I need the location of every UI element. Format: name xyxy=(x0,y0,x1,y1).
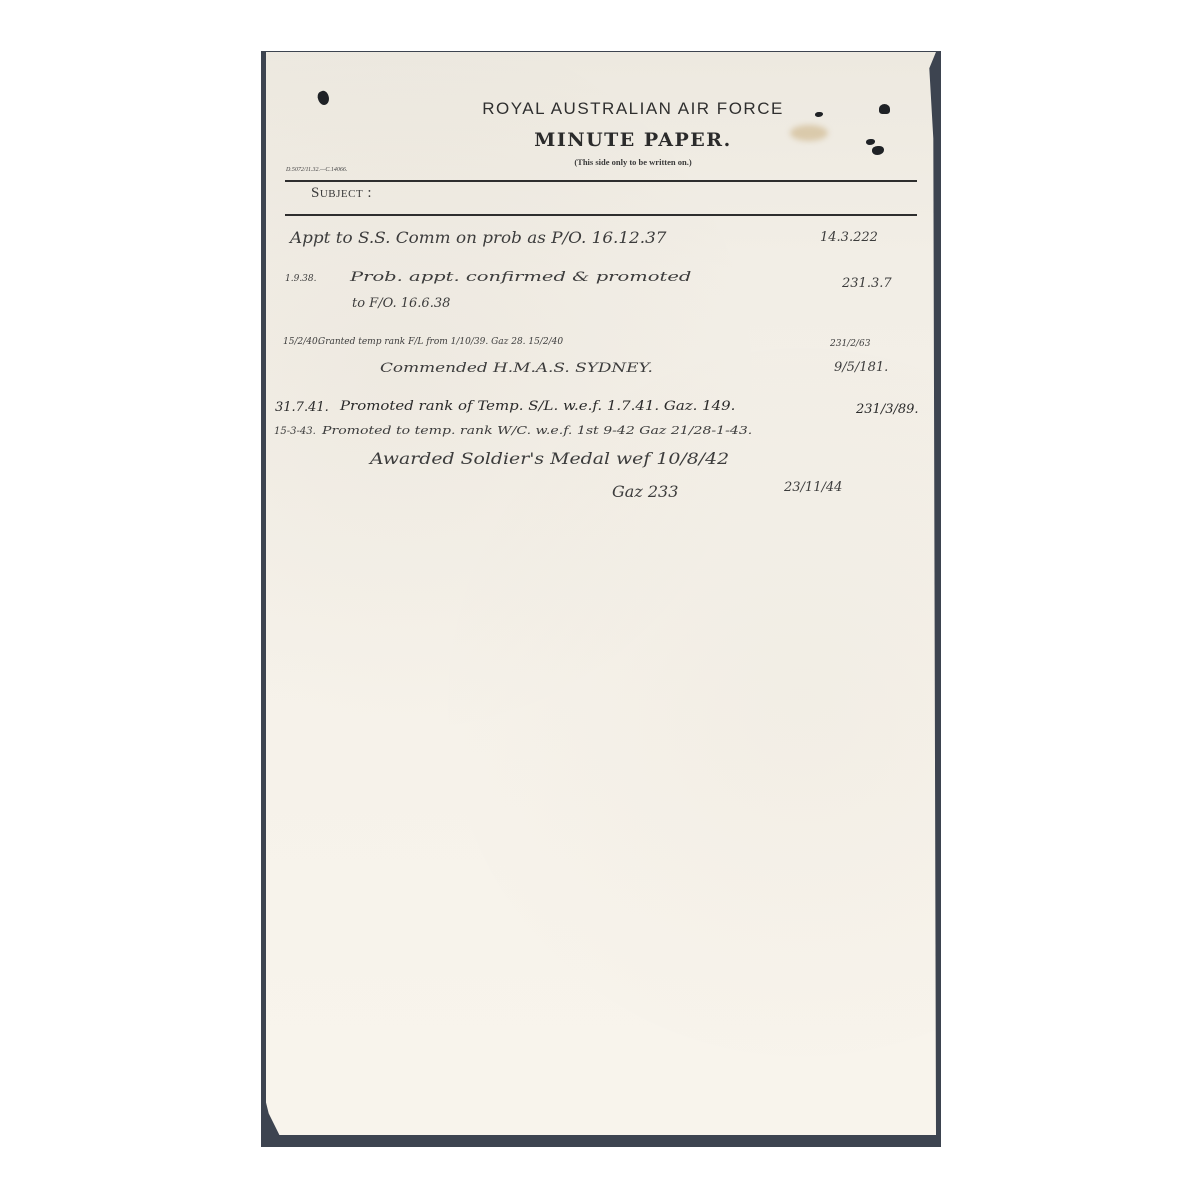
entry-ref: 231/3/89. xyxy=(856,402,919,417)
entry-date: 31.7.41. xyxy=(275,400,329,415)
header-rule xyxy=(285,180,917,182)
entry-ref: 231/2/63 xyxy=(830,339,870,349)
document-title: MINUTE PAPER. xyxy=(0,129,1200,151)
entry-text: Promoted to temp. rank W/C. w.e.f. 1st 9… xyxy=(322,424,752,437)
entry-text: to F/O. 16.6.38 xyxy=(352,296,450,311)
instruction-note: (This side only to be written on.) xyxy=(0,157,1200,167)
entry-text: Prob. appt. confirmed & promoted xyxy=(350,270,691,285)
entry-text: Awarded Soldier's Medal wef 10/8/42 xyxy=(370,449,729,468)
entry-ref: 9/5/181. xyxy=(834,360,888,375)
entry-date: 15/2/40. xyxy=(283,337,321,347)
form-code: D.5072/11.32.—C.14066. xyxy=(286,167,347,173)
entry-ref: 231.3.7 xyxy=(842,276,892,291)
entry-text: Gaz 233 xyxy=(612,482,678,501)
subject-label: Subject : xyxy=(311,185,372,202)
entry-ref: 23/11/44 xyxy=(784,480,842,495)
subject-rule xyxy=(285,214,917,216)
entry-date: 15-3-43. xyxy=(274,426,316,437)
entry-text: Appt to S.S. Comm on prob as P/O. 16.12.… xyxy=(290,228,666,247)
entry-text: Granted temp rank F/L from 1/10/39. Gaz … xyxy=(318,337,563,347)
organization-heading: ROYAL AUSTRALIAN AIR FORCE xyxy=(0,99,1200,119)
entry-text: Commended H.M.A.S. SYDNEY. xyxy=(380,361,653,376)
entry-date: 1.9.38. xyxy=(285,274,317,284)
entry-text: Promoted rank of Temp. S/L. w.e.f. 1.7.4… xyxy=(340,399,735,414)
entry-ref: 14.3.222 xyxy=(820,230,878,245)
